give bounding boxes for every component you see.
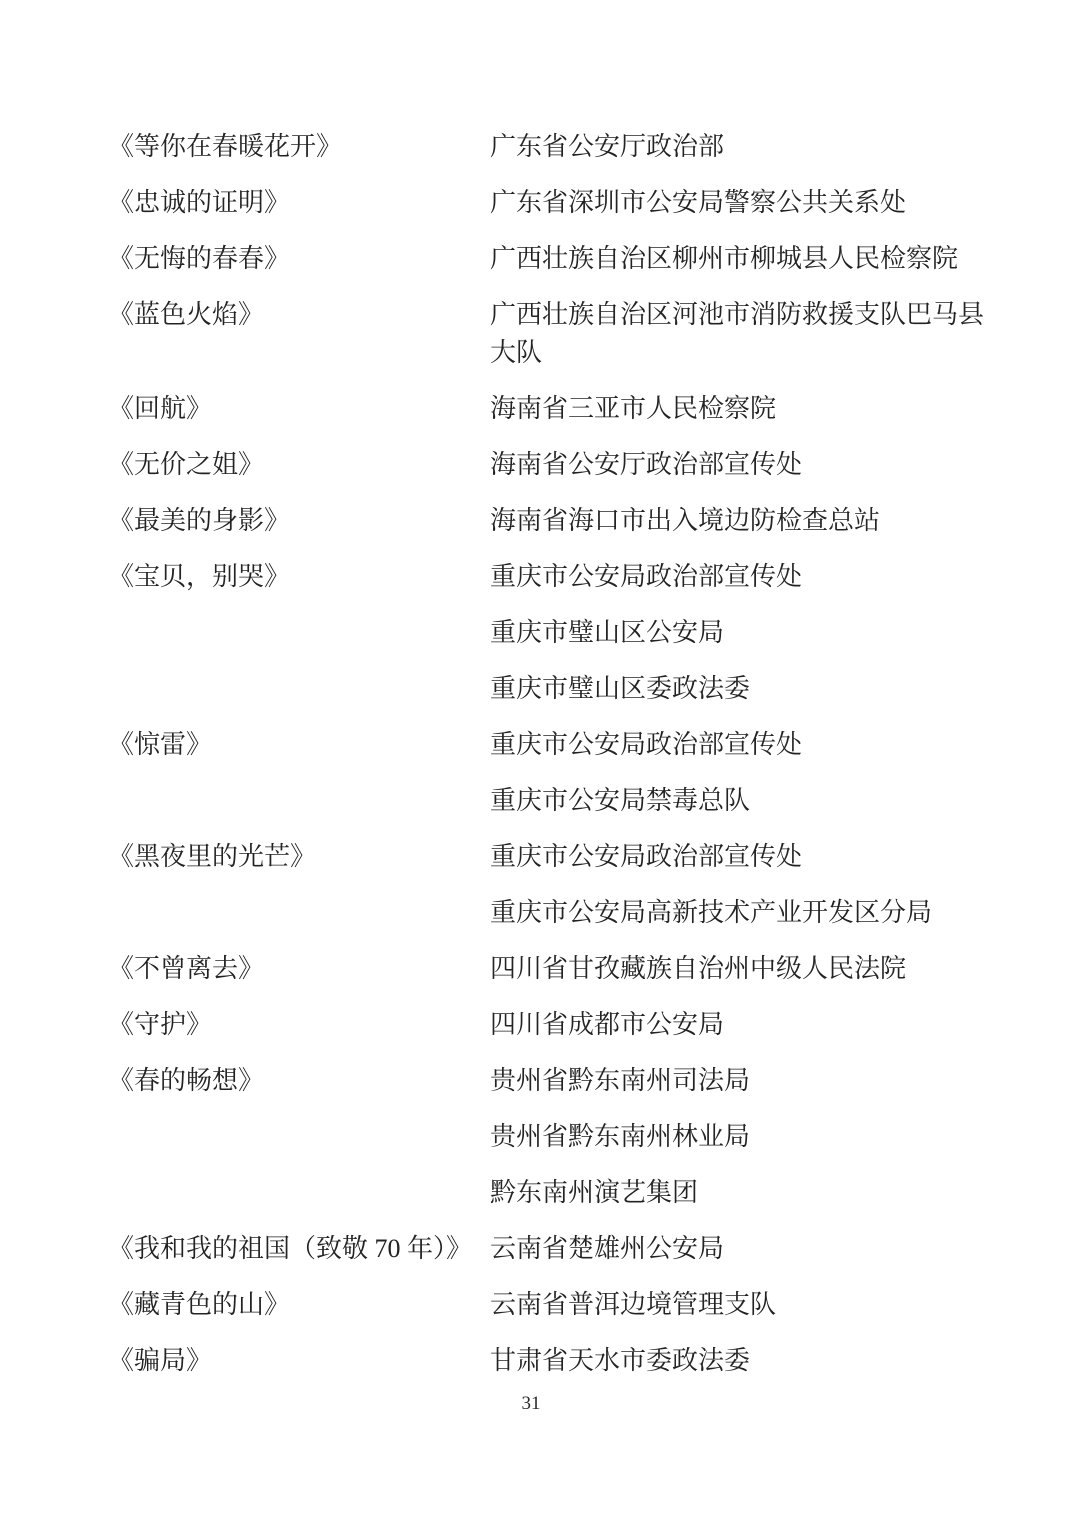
list-item: 《蓝色火焰》广西壮族自治区河池市消防救援支队巴马县大队: [108, 296, 992, 390]
org-name: 重庆市公安局政治部宣传处: [490, 726, 990, 764]
list-item: 《最美的身影》海南省海口市出入境边防检查总站: [108, 502, 992, 558]
work-title: 《无价之姐》: [108, 446, 490, 484]
org-list: 广西壮族自治区河池市消防救援支队巴马县大队: [490, 296, 990, 390]
list-item: 《守护》四川省成都市公安局: [108, 1006, 992, 1062]
list-item: 《等你在春暖花开》广东省公安厅政治部: [108, 128, 992, 184]
list-item: 《无价之姐》海南省公安厅政治部宣传处: [108, 446, 992, 502]
work-title: 《骗局》: [108, 1342, 490, 1380]
org-name: 重庆市公安局政治部宣传处: [490, 558, 990, 596]
org-name: 广西壮族自治区柳州市柳城县人民检察院: [490, 240, 990, 278]
work-title: 《等你在春暖花开》: [108, 128, 490, 166]
org-list: 云南省楚雄州公安局: [490, 1230, 990, 1286]
org-list: 重庆市公安局政治部宣传处重庆市璧山区公安局重庆市璧山区委政法委: [490, 558, 990, 726]
list-item: 《黑夜里的光芒》重庆市公安局政治部宣传处重庆市公安局高新技术产业开发区分局: [108, 838, 992, 950]
document-page: 《等你在春暖花开》广东省公安厅政治部《忠诚的证明》广东省深圳市公安局警察公共关系…: [0, 0, 1080, 1527]
org-list: 广东省深圳市公安局警察公共关系处: [490, 184, 990, 240]
list-item: 《回航》海南省三亚市人民检察院: [108, 390, 992, 446]
org-name: 海南省三亚市人民检察院: [490, 390, 990, 428]
list-item: 《不曾离去》四川省甘孜藏族自治州中级人民法院: [108, 950, 992, 1006]
org-list: 广西壮族自治区柳州市柳城县人民检察院: [490, 240, 990, 296]
org-list: 海南省海口市出入境边防检查总站: [490, 502, 990, 558]
org-name: 广东省公安厅政治部: [490, 128, 990, 166]
org-name: 海南省海口市出入境边防检查总站: [490, 502, 990, 540]
org-name: 广西壮族自治区河池市消防救援支队巴马县大队: [490, 296, 990, 372]
org-list: 云南省普洱边境管理支队: [490, 1286, 990, 1342]
org-name: 黔东南州演艺集团: [490, 1174, 990, 1212]
work-title: 《宝贝，别哭》: [108, 558, 490, 596]
page-number: 31: [0, 1393, 1062, 1415]
work-title: 《无悔的春春》: [108, 240, 490, 278]
list-item: 《我和我的祖国（致敬 70 年）》云南省楚雄州公安局: [108, 1230, 992, 1286]
list-item: 《惊雷》重庆市公安局政治部宣传处重庆市公安局禁毒总队: [108, 726, 992, 838]
work-title: 《回航》: [108, 390, 490, 428]
award-list: 《等你在春暖花开》广东省公安厅政治部《忠诚的证明》广东省深圳市公安局警察公共关系…: [108, 128, 992, 1398]
org-name: 重庆市璧山区委政法委: [490, 670, 990, 708]
org-name: 云南省普洱边境管理支队: [490, 1286, 990, 1324]
work-title: 《黑夜里的光芒》: [108, 838, 490, 876]
org-name: 重庆市公安局高新技术产业开发区分局: [490, 894, 990, 932]
list-item: 《忠诚的证明》广东省深圳市公安局警察公共关系处: [108, 184, 992, 240]
org-name: 海南省公安厅政治部宣传处: [490, 446, 990, 484]
org-name: 四川省甘孜藏族自治州中级人民法院: [490, 950, 990, 988]
list-item: 《骗局》甘肃省天水市委政法委: [108, 1342, 992, 1398]
org-name: 重庆市公安局政治部宣传处: [490, 838, 990, 876]
org-list: 重庆市公安局政治部宣传处重庆市公安局禁毒总队: [490, 726, 990, 838]
work-title: 《惊雷》: [108, 726, 490, 764]
org-name: 广东省深圳市公安局警察公共关系处: [490, 184, 990, 222]
work-title: 《最美的身影》: [108, 502, 490, 540]
work-title: 《蓝色火焰》: [108, 296, 490, 334]
work-title: 《不曾离去》: [108, 950, 490, 988]
org-list: 广东省公安厅政治部: [490, 128, 990, 184]
org-name: 四川省成都市公安局: [490, 1006, 990, 1044]
work-title: 《春的畅想》: [108, 1062, 490, 1100]
org-list: 四川省甘孜藏族自治州中级人民法院: [490, 950, 990, 1006]
list-item: 《藏青色的山》云南省普洱边境管理支队: [108, 1286, 992, 1342]
org-name: 甘肃省天水市委政法委: [490, 1342, 990, 1380]
org-list: 甘肃省天水市委政法委: [490, 1342, 990, 1398]
org-name: 贵州省黔东南州司法局: [490, 1062, 990, 1100]
work-title: 《守护》: [108, 1006, 490, 1044]
list-item: 《无悔的春春》广西壮族自治区柳州市柳城县人民检察院: [108, 240, 992, 296]
org-name: 贵州省黔东南州林业局: [490, 1118, 990, 1156]
list-item: 《宝贝，别哭》重庆市公安局政治部宣传处重庆市璧山区公安局重庆市璧山区委政法委: [108, 558, 992, 726]
org-name: 云南省楚雄州公安局: [490, 1230, 990, 1268]
list-item: 《春的畅想》贵州省黔东南州司法局贵州省黔东南州林业局黔东南州演艺集团: [108, 1062, 992, 1230]
org-list: 海南省公安厅政治部宣传处: [490, 446, 990, 502]
work-title: 《我和我的祖国（致敬 70 年）》: [108, 1230, 490, 1268]
org-name: 重庆市公安局禁毒总队: [490, 782, 990, 820]
org-list: 海南省三亚市人民检察院: [490, 390, 990, 446]
org-list: 重庆市公安局政治部宣传处重庆市公安局高新技术产业开发区分局: [490, 838, 990, 950]
org-list: 四川省成都市公安局: [490, 1006, 990, 1062]
work-title: 《藏青色的山》: [108, 1286, 490, 1324]
org-list: 贵州省黔东南州司法局贵州省黔东南州林业局黔东南州演艺集团: [490, 1062, 990, 1230]
work-title: 《忠诚的证明》: [108, 184, 490, 222]
org-name: 重庆市璧山区公安局: [490, 614, 990, 652]
